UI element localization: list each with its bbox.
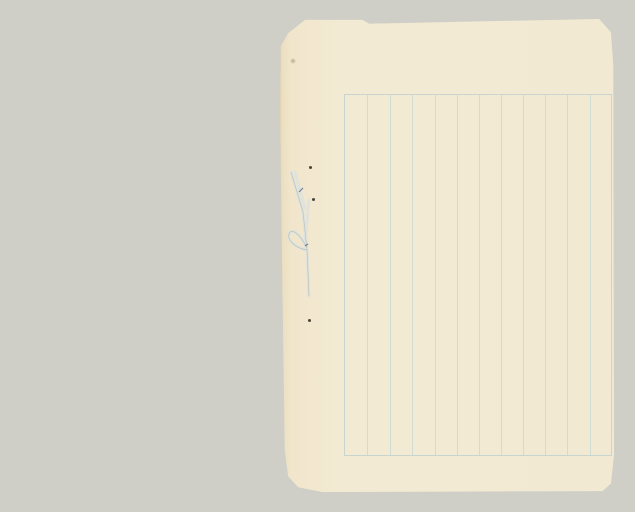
- rule-line: [435, 95, 436, 455]
- rule-line: [479, 95, 480, 455]
- ruled-frame: [344, 94, 612, 456]
- rule-line: [412, 95, 413, 455]
- rule-line: [457, 95, 458, 455]
- rule-line: [501, 95, 502, 455]
- manuscript-paper: [278, 18, 616, 493]
- rule-line: [567, 95, 568, 455]
- paper-edge: [278, 32, 282, 469]
- paper-string-tie-icon: [285, 168, 325, 300]
- binding-hole: [308, 319, 311, 322]
- rule-line: [590, 95, 591, 455]
- rule-line: [367, 95, 368, 455]
- stain-mark: [290, 58, 296, 64]
- rule-line: [523, 95, 524, 455]
- rule-line: [545, 95, 546, 455]
- rule-line: [390, 95, 391, 455]
